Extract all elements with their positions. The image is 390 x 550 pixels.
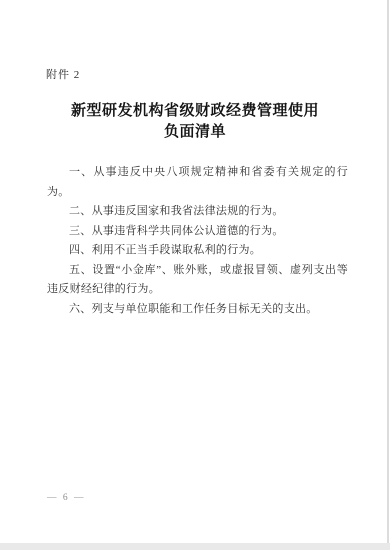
list-item: 一、从事违反中央八项规定精神和省委有关规定的行为。 [47,163,348,202]
list-item: 四、利用不正当手段谋取私利的行为。 [47,241,348,261]
list-item: 六、列支与单位职能和工作任务目标无关的支出。 [47,300,348,320]
list-item: 三、从事违背科学共同体公认道德的行为。 [47,222,348,242]
document-title: 新型研发机构省级财政经费管理使用 负面清单 [0,101,390,143]
page-number: — 6 — [47,493,86,503]
list-item: 二、从事违反国家和我省法律法规的行为。 [47,202,348,222]
list-item: 五、设置“小金库”、账外账，或虚报冒领、虚列支出等违反财经纪律的行为。 [47,261,348,300]
attachment-label: 附件 2 [46,66,80,82]
title-line-2: 负面清单 [0,122,390,143]
title-line-1: 新型研发机构省级财政经费管理使用 [0,101,390,122]
scan-edge-bottom [0,543,390,550]
document-page: 附件 2 新型研发机构省级财政经费管理使用 负面清单 一、从事违反中央八项规定精… [0,0,390,550]
negative-list: 一、从事违反中央八项规定精神和省委有关规定的行为。 二、从事违反国家和我省法律法… [47,163,348,319]
scan-edge-right [387,0,389,550]
